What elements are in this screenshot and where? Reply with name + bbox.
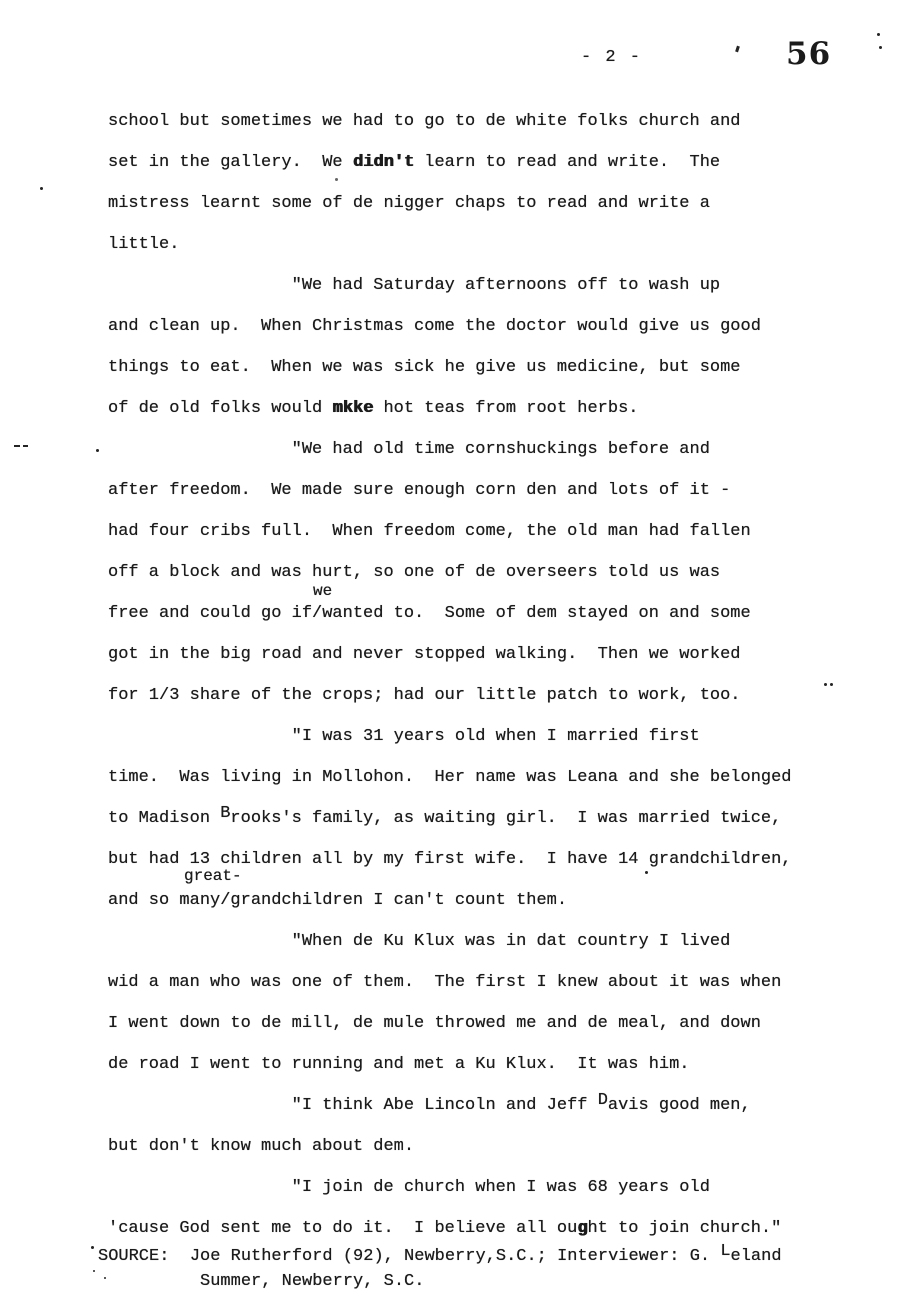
scanned-page: - 2 - 56 school but sometimes we had to … [0,0,900,1305]
ink-speck [96,449,99,452]
text-line: things to eat. When we was sick he give … [108,347,868,388]
ink-speck [824,683,827,686]
text-line: off a block and was hurt, so one of de o… [108,552,868,593]
text-line: de road I went to running and met a Ku K… [108,1044,868,1085]
ink-speck [735,46,740,53]
raised-letter: B [220,804,230,823]
ink-speck [645,871,648,874]
interlinear-insertion-we: we [313,583,332,599]
text-line: "I join de church when I was 68 years ol… [108,1167,868,1208]
page-number: 56 [786,36,831,72]
text-line: time. Was living in Mollohon. Her name w… [108,757,868,798]
ink-speck [879,46,882,49]
ink-speck [104,1277,106,1279]
text-line: "We had Saturday afternoons off to wash … [108,265,868,306]
raised-letter: L [720,1242,730,1261]
text-line: after freedom. We made sure enough corn … [108,470,868,511]
text-line: of de old folks would mkke hot teas from… [108,388,868,429]
ink-speck [40,187,43,190]
ink-speck [830,683,833,686]
text-line: 'cause God sent me to do it. I believe a… [108,1208,868,1249]
text-line: "We had old time cornshuckings before an… [108,429,868,470]
text-line: and so many/grandchildren I can't count … [108,880,868,921]
source-line: SOURCE: Joe Rutherford (92), Newberry,S.… [98,1244,782,1269]
text-line: I went down to de mill, de mule throwed … [108,1003,868,1044]
text-line: free and could go if/wanted to. Some of … [108,593,868,634]
text-line: but don't know much about dem. [108,1126,868,1167]
overstruck-word: mkke [332,399,373,418]
text-line: wid a man who was one of them. The first… [108,962,868,1003]
ink-speck [93,1270,95,1272]
source-block: SOURCE: Joe Rutherford (92), Newberry,S.… [98,1244,782,1294]
text-line: school but sometimes we had to go to de … [108,101,868,142]
ink-speck [877,33,880,36]
interlinear-insertion-great: great- [184,868,242,884]
overstruck-word: didn't [353,153,414,172]
text-line: "When de Ku Klux was in dat country I li… [108,921,868,962]
text-line: got in the big road and never stopped wa… [108,634,868,675]
text-line: "I was 31 years old when I married first [108,716,868,757]
text-line: had four cribs full. When freedom come, … [108,511,868,552]
text-line: set in the gallery. We didn't learn to r… [108,142,868,183]
text-line: for 1/3 share of the crops; had our litt… [108,675,868,716]
overstruck-word: g [577,1219,587,1238]
ink-speck [91,1246,94,1249]
text-line: mistress learnt some of de nigger chaps … [108,183,868,224]
source-line: Summer, Newberry, S.C. [98,1269,782,1294]
text-line: to Madison Brooks's family, as waiting g… [108,798,868,839]
text-line: "I think Abe Lincoln and Jeff Davis good… [108,1085,868,1126]
ink-speck [335,178,338,181]
text-line: and clean up. When Christmas come the do… [108,306,868,347]
page-label: - 2 - [581,48,642,67]
text-line: little. [108,224,868,265]
ink-speck [14,445,20,447]
ink-speck [23,445,28,447]
body-text: school but sometimes we had to go to de … [108,101,868,1249]
raised-letter: D [598,1091,608,1110]
